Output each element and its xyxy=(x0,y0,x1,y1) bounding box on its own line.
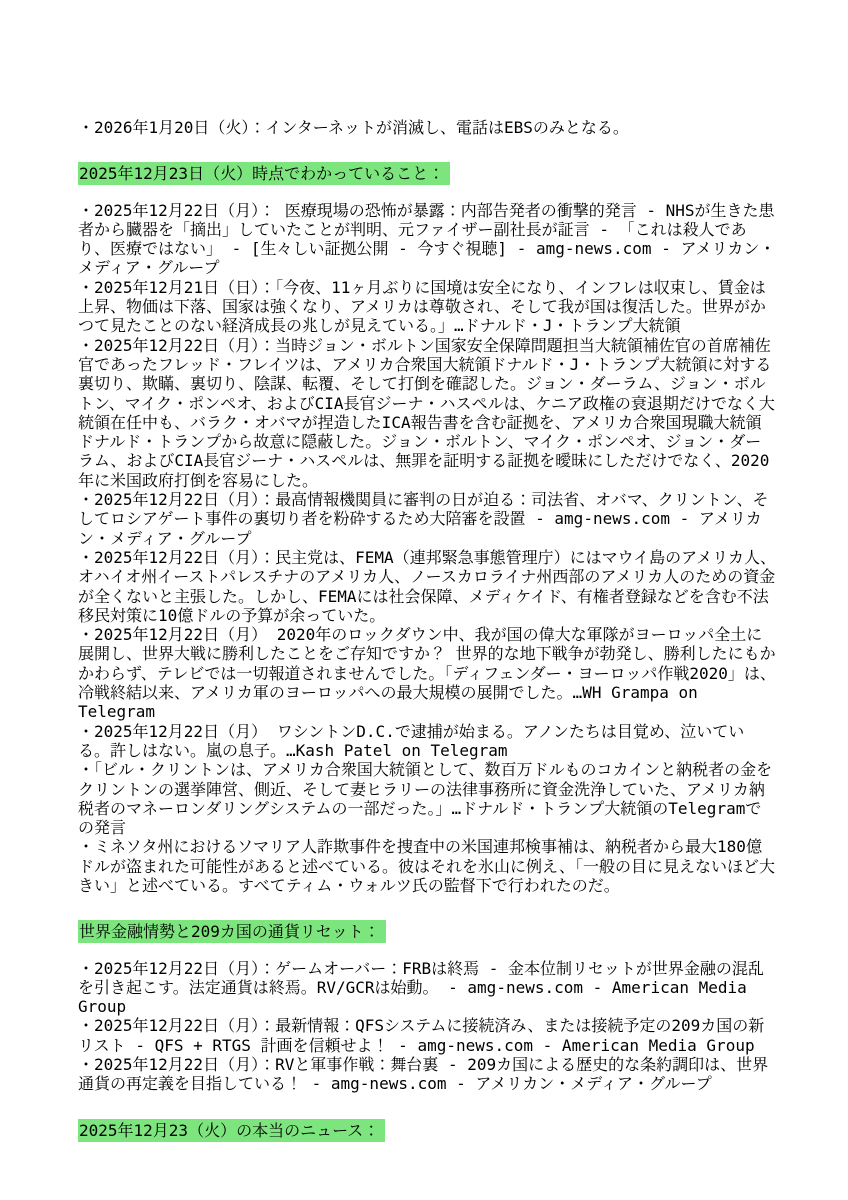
news-item: ・「ビル・クリントンは、アメリカ合衆国大統領として、数百万ドルものコカインと納税… xyxy=(78,760,776,837)
section-heading-financial-reset: 世界金融情勢と209カ国の通貨リセット： xyxy=(78,922,776,941)
section-body-financial-reset: ・2025年12月22日（月）：ゲームオーバー：FRBは終焉 - 金本位制リセッ… xyxy=(78,959,776,1094)
document-page: ・2026年1月20日（火）：インターネットが消滅し、電話はEBSのみとなる。 … xyxy=(0,0,848,1197)
intro-line: ・2026年1月20日（火）：インターネットが消滅し、電話はEBSのみとなる。 xyxy=(78,118,776,137)
section-heading-known-facts-text: 2025年12月23日（火）時点でわかっていること： xyxy=(78,162,450,185)
section-heading-financial-reset-text: 世界金融情勢と209カ国の通貨リセット： xyxy=(78,920,386,943)
news-item: ・2025年12月22日（月）：民主党は、FEMA（連邦緊急事態管理庁）にはマウ… xyxy=(78,548,776,625)
news-item: ・2025年12月21日（日）：「今夜、11ヶ月ぶりに国境は安全になり、インフレ… xyxy=(78,278,776,336)
news-item: ・2025年12月22日（月） ワシントンD.C.で逮捕が始まる。アノンたちは目… xyxy=(78,722,776,761)
news-item: ・2025年12月22日（月） 2020年のロックダウン中、我が国の偉大な軍隊が… xyxy=(78,625,776,721)
news-item: ・2025年12月22日（月）：最新情報：QFSシステムに接続済み、または接続予… xyxy=(78,1016,776,1055)
news-item: ・2025年12月22日（月）：ゲームオーバー：FRBは終焉 - 金本位制リセッ… xyxy=(78,959,776,1017)
section-heading-real-news-text: 2025年12月23（火）の本当のニュース： xyxy=(78,1119,385,1142)
section-body-known-facts: ・2025年12月22日（月）： 医療現場の恐怖が暴露：内部告発者の衝撃的発言 … xyxy=(78,201,776,896)
news-item: ・2025年12月22日（月）： 医療現場の恐怖が暴露：内部告発者の衝撃的発言 … xyxy=(78,201,776,278)
news-item: ・2025年12月22日（月）：当時ジョン・ボルトン国家安全保障問題担当大統領補… xyxy=(78,336,776,490)
news-item: ・ミネソタ州におけるソマリア人詐欺事件を捜査中の米国連邦検事補は、納税者から最大… xyxy=(78,837,776,895)
section-heading-known-facts: 2025年12月23日（火）時点でわかっていること： xyxy=(78,164,776,183)
section-heading-real-news: 2025年12月23（火）の本当のニュース： xyxy=(78,1121,776,1140)
news-item: ・2025年12月22日（月）：最高情報機関員に審判の日が迫る：司法省、オバマ、… xyxy=(78,490,776,548)
news-item: ・2025年12月22日（月）：RVと軍事作戦：舞台裏 - 209カ国による歴史… xyxy=(78,1055,776,1094)
